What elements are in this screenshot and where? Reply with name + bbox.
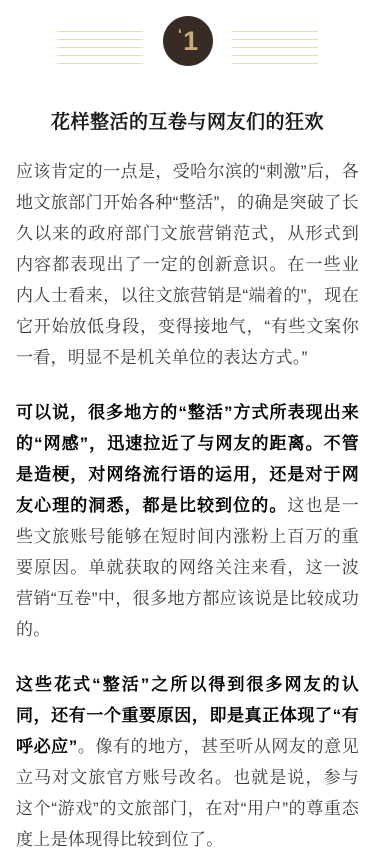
section-divider: ‘ 1	[16, 16, 359, 66]
paragraph-1: 应该肯定的一点是，受哈尔滨的“刺激”后，各地文旅部门开始各种“整活”，的确是突破…	[16, 156, 359, 373]
divider-line	[232, 63, 318, 64]
divider-line	[232, 47, 318, 48]
divider-line	[57, 47, 143, 48]
article-page: ‘ 1 花样整活的互卷与网友们的狂欢 应该肯定的一点是，受哈尔滨的“刺激”后，各…	[0, 0, 375, 857]
section-title: 花样整活的互卷与网友们的狂欢	[16, 110, 359, 136]
section-number-badge: ‘ 1	[163, 16, 213, 66]
divider-lines-right	[232, 31, 318, 64]
divider-line	[232, 31, 318, 32]
divider-line	[57, 31, 143, 32]
divider-line	[232, 39, 318, 40]
quote-mark: ‘	[178, 26, 182, 43]
divider-line	[57, 39, 143, 40]
divider-line	[57, 55, 143, 56]
divider-lines-left	[57, 31, 143, 64]
section-number: 1	[183, 28, 198, 55]
paragraph-3: 这些花式“整活”之所以得到很多网友的认同，还有一个重要原因，即是真正体现了“有呼…	[16, 669, 359, 855]
paragraph-2-text: 这也是一些文旅账号能够在短时间内涨粉上百万的重要原因。单就获取的网络关注来看，这…	[16, 496, 359, 639]
article-body: 应该肯定的一点是，受哈尔滨的“刺激”后，各地文旅部门开始各种“整活”，的确是突破…	[16, 156, 359, 855]
paragraph-2: 可以说，很多地方的“整活”方式所表现出来的“网感”，迅速拉近了与网友的距离。不管…	[16, 397, 359, 645]
divider-line	[232, 55, 318, 56]
divider-line	[57, 63, 143, 64]
paragraph-1-text: 应该肯定的一点是，受哈尔滨的“刺激”后，各地文旅部门开始各种“整活”，的确是突破…	[16, 162, 359, 367]
